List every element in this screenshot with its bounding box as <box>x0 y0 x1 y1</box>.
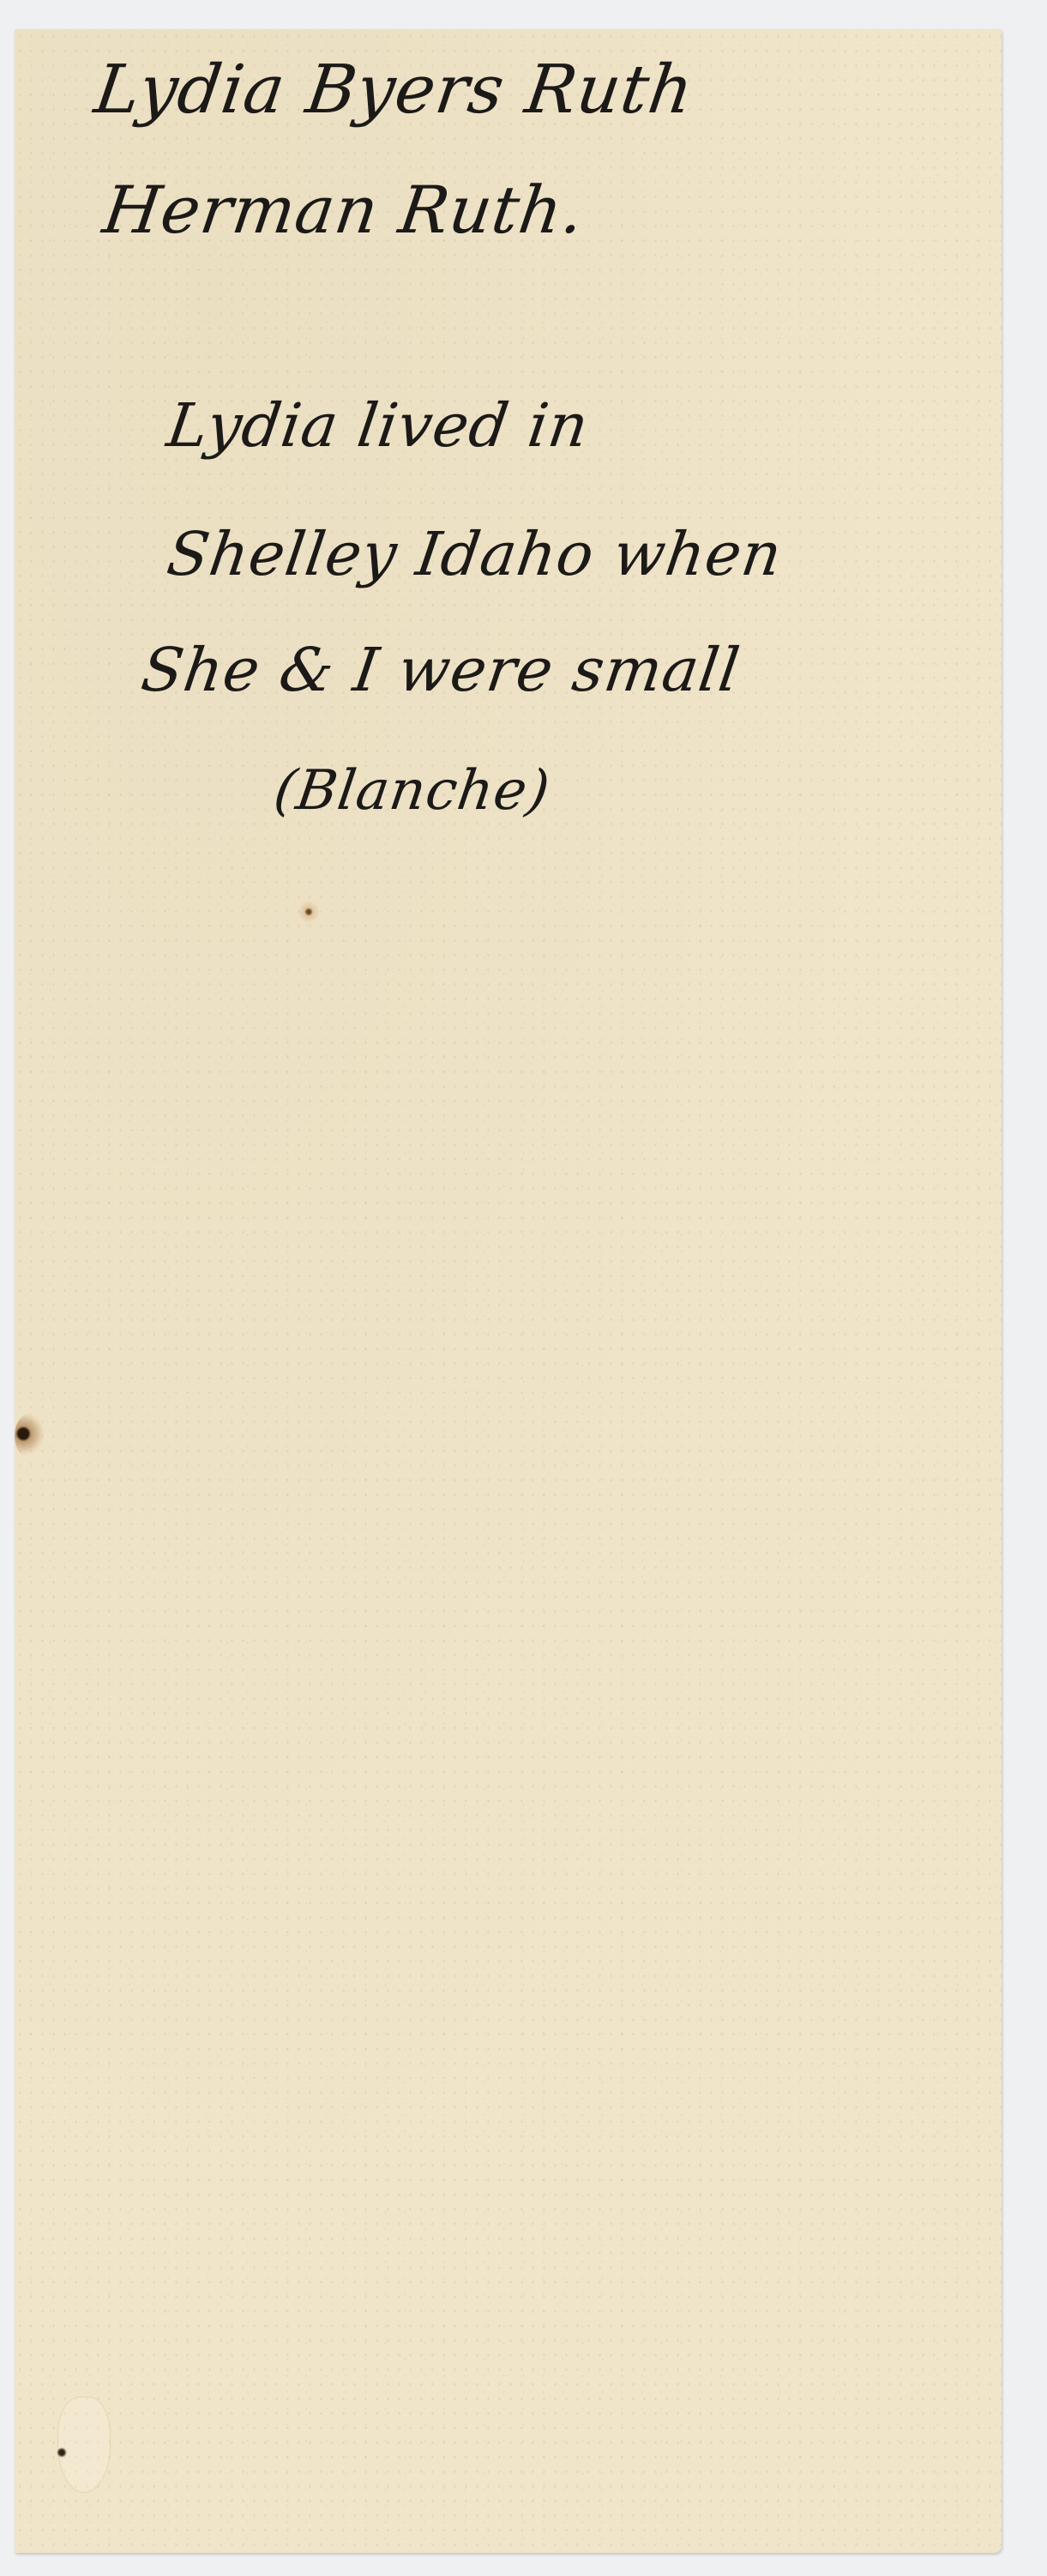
handwritten-signature: (Blanche) <box>270 759 554 823</box>
stain-spot <box>298 901 320 923</box>
ink-spot <box>56 2446 68 2458</box>
handwritten-line-herman: Herman Ruth. <box>99 172 589 248</box>
handwritten-line-names: Lydia Byers Ruth <box>90 51 699 129</box>
water-stain <box>57 2397 111 2493</box>
burn-mark <box>15 1414 44 1458</box>
handwritten-line-note-1: Lydia lived in <box>163 390 593 461</box>
handwritten-line-note-3: She & I were small <box>137 635 744 705</box>
handwritten-line-note-2: Shelley Idaho when <box>163 519 786 589</box>
